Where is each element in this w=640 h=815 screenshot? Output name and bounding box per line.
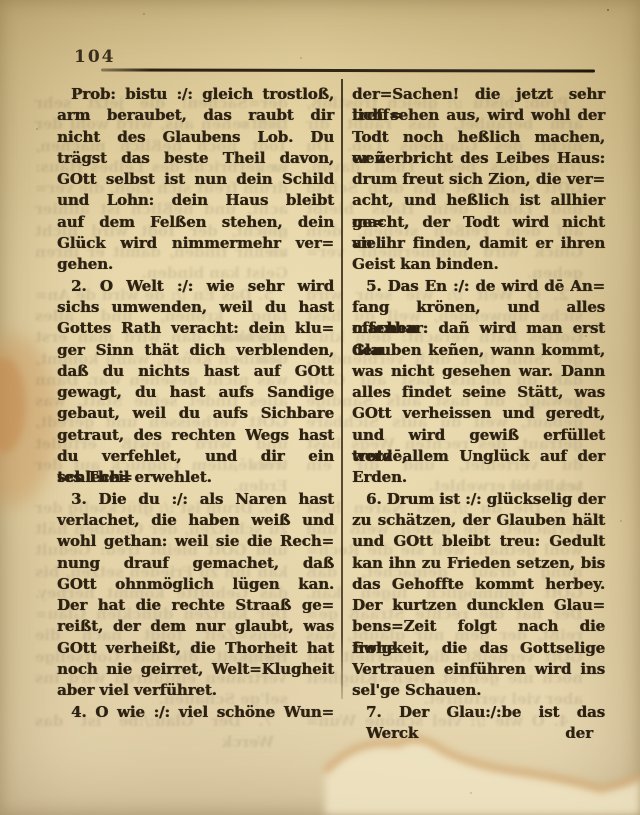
text-line: lich sehen aus, wird wohl der (352, 105, 605, 126)
text-column-right: der=Sachen! die jetzt sehr treff=lich se… (352, 84, 605, 723)
text-line: und Lohn: dein Haus bleibt (57, 190, 334, 211)
text-line: GOtt verheissen und geredt, (352, 403, 605, 424)
text-line: reißt, der dem nur glaubt, was (57, 616, 334, 637)
text-line: nicht des Glaubens Lob. Du (57, 127, 334, 148)
text-line: Glauben keñen, wann kommt, (352, 340, 605, 361)
text-line: du verfehlet, und dir ein schlech= (57, 446, 334, 467)
text-line: der=Sachen! die jetzt sehr treff= (352, 84, 605, 105)
text-line: 7. Der Glau:/:be ist das Werck (352, 702, 605, 723)
text-line: aber viel verführet. (57, 680, 334, 701)
catchword: der (352, 723, 593, 744)
text-line: drum freut sich Zion, die ver= (352, 169, 605, 190)
text-line: macht, der Todt wird nicht viel (352, 212, 605, 233)
text-line: Der kurtzen duncklen Glau= (352, 595, 605, 616)
text-line: zu schätzen, der Glauben hält (352, 510, 605, 531)
column-divider-rule (341, 79, 343, 699)
text-line: sel'ge Schauen. (352, 680, 605, 701)
text-line: 5. Das En :/: de wird dē An= (352, 276, 605, 297)
text-line: kan ihn zu Frieden setzen, bis (352, 553, 605, 574)
text-line: 3. Die du :/: als Naren hast (57, 489, 334, 510)
text-line: das Gehoffte kommt herbey. (352, 574, 605, 595)
text-line: was nicht gesehen war. Dann (352, 361, 605, 382)
text-line: GOtt verheißt, die Thorheit hat (57, 638, 334, 659)
text-line: nung drauf gemachet, daß (57, 553, 334, 574)
text-line: und GOtt bleibt treu: Gedult (352, 531, 605, 552)
text-line: an ihr finden, damit er ihren (352, 233, 605, 254)
book-page-scan: Prob: bistu :/: gleich trostloß,arm bera… (0, 0, 640, 815)
text-line: sichs umwenden, weil du hast (57, 297, 334, 318)
text-line: Vertrauen einführen wird ins (352, 659, 605, 680)
text-line: Der hat die rechte Straaß ge= (57, 595, 334, 616)
text-line: Prob: bistu :/: gleich trostloß, (57, 84, 334, 105)
text-line: tes Theil erwehlet. (57, 467, 334, 488)
text-line: gewagt, du hast aufs Sandige (57, 382, 334, 403)
text-line: gehen. (57, 254, 334, 275)
text-line: verlachet, die haben weiß und (57, 510, 334, 531)
text-line: arm beraubet, das raubt dir (57, 105, 334, 126)
text-line: Erden. (352, 467, 605, 488)
text-line: bens=Zeit folgt nach die frohe (352, 616, 605, 637)
text-line: Glück wird nimmermehr ver= (57, 233, 334, 254)
text-line: 4. O wie :/: viel schöne Wun= (57, 702, 334, 723)
text-line: trotz allem Unglück auf der (352, 446, 605, 467)
text-line: trägst das beste Theil davon, (57, 148, 334, 169)
text-line: 2. O Welt :/: wie sehr wird (57, 276, 334, 297)
text-line: auf dem Felßen stehen, dein (57, 212, 334, 233)
text-line: noch nie geirret, Welt=Klugheit (57, 659, 334, 680)
text-line: offenbar: dañ wird man erst den (352, 318, 605, 339)
text-line: daß du nichts hast auf GOtt (57, 361, 334, 382)
text-line: und wird gewiß erfüllet werdē, (352, 425, 605, 446)
text-line: acht, und heßlich ist allhier ge= (352, 190, 605, 211)
text-line: 6. Drum ist :/: glückselig der (352, 489, 605, 510)
text-line: wohl gethan: weil sie die Rech= (57, 531, 334, 552)
text-line: GOtt ohnmöglich lügen kan. (57, 574, 334, 595)
text-line: Todt noch heßlich machen, weñ (352, 127, 605, 148)
text-line: fang krönen, und alles machen (352, 297, 605, 318)
text-line: alles findet seine Stätt, was (352, 382, 605, 403)
text-line: ger Sinn thät dich verblenden, (57, 340, 334, 361)
text-line: Ewigkeit, die das Gottselige (352, 638, 605, 659)
text-line: er zerbricht des Leibes Haus: (352, 148, 605, 169)
text-line: GOtt selbst ist nun dein Schild (57, 169, 334, 190)
text-column-left: Prob: bistu :/: gleich trostloß,arm bera… (57, 84, 334, 723)
text-line: gebaut, weil du aufs Sichbare (57, 403, 334, 424)
header-rule (101, 68, 595, 72)
ink-specks (0, 0, 2, 2)
page-number: 104 (74, 47, 116, 67)
text-line: Geist kan binden. (352, 254, 605, 275)
text-line: getraut, des rechten Wegs hast (57, 425, 334, 446)
text-line: Gottes Rath veracht: dein klu= (57, 318, 334, 339)
